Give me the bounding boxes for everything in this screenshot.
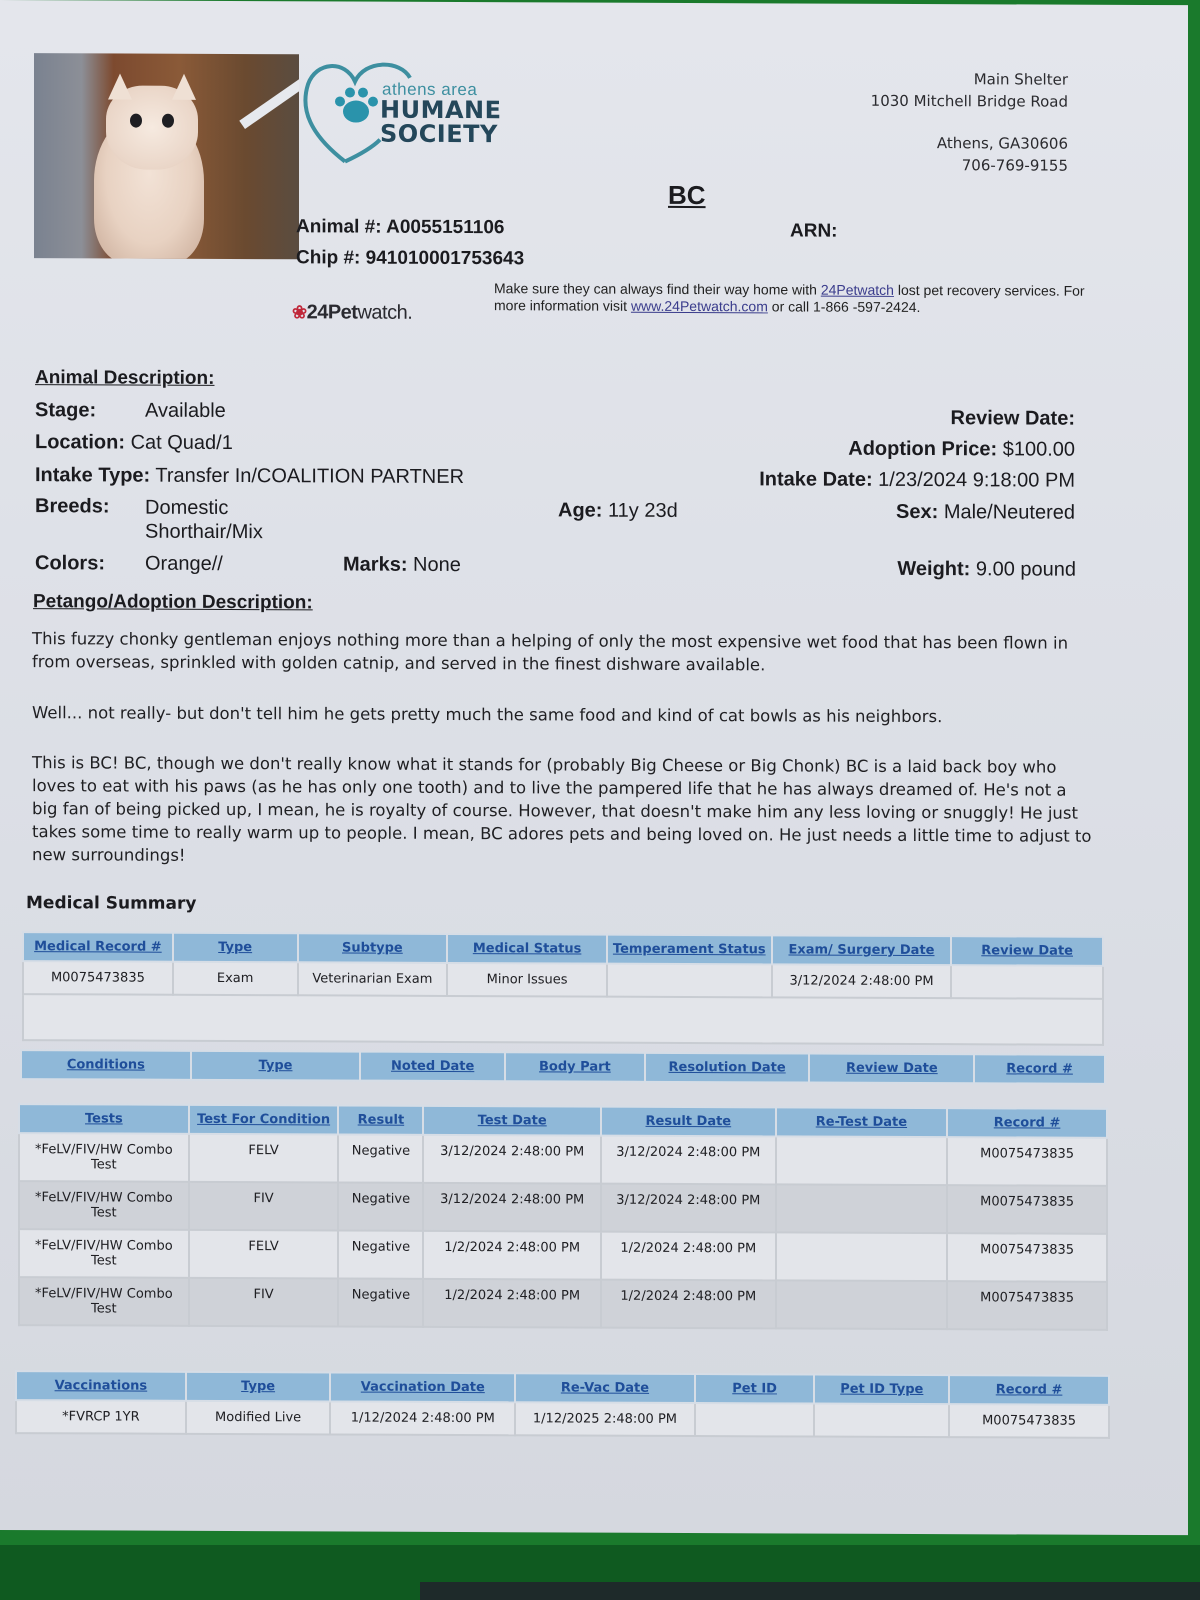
sex-value: Male/Neutered xyxy=(944,501,1075,524)
age-label: Age: xyxy=(558,499,602,521)
age-value: 11y 23d xyxy=(608,500,678,522)
table-cell: *FeLV/FIV/HW Combo Test xyxy=(19,1277,189,1326)
arn-label: ARN: xyxy=(790,220,838,241)
animal-number-value: A0055151106 xyxy=(386,217,504,239)
petwatch-website-link[interactable]: www.24Petwatch.com xyxy=(631,298,768,315)
table-header-row: Medical Record # Type Subtype Medical St… xyxy=(23,932,1103,966)
column-header[interactable]: Review Date xyxy=(809,1054,974,1084)
table-cell: *FeLV/FIV/HW Combo Test xyxy=(19,1181,189,1230)
cat-eye xyxy=(130,114,142,128)
table-row: *FeLV/FIV/HW Combo Test FIV Negative 1/2… xyxy=(19,1277,1107,1330)
table-cell: *FVRCP 1YR xyxy=(16,1400,186,1434)
table-cell: 3/12/2024 2:48:00 PM xyxy=(772,964,952,998)
petwatch-link[interactable]: 24Petwatch xyxy=(821,282,894,298)
cat-ear xyxy=(172,74,196,100)
sex-label: Sex: xyxy=(896,501,938,523)
table-cell: Minor Issues xyxy=(447,963,607,997)
review-date-field: Review Date: xyxy=(951,407,1076,431)
marks-label: Marks: xyxy=(343,553,407,575)
table-cell: 3/12/2024 2:48:00 PM xyxy=(423,1183,601,1232)
table-cell: Exam xyxy=(173,962,298,996)
cat-eye xyxy=(162,114,174,128)
table-cell xyxy=(695,1403,815,1437)
chip-number-label: Chip #: xyxy=(296,247,360,268)
animal-number-field: Animal #: A0055151106 xyxy=(296,216,504,239)
sex-field: Sex: Male/Neutered xyxy=(896,501,1075,525)
table-cell xyxy=(23,994,1103,1045)
column-header[interactable]: Vaccination Date xyxy=(330,1372,515,1402)
table-cell: 1/12/2025 2:48:00 PM xyxy=(515,1402,695,1436)
table-cell: *FeLV/FIV/HW Combo Test xyxy=(19,1229,189,1278)
table-cell: *FeLV/FIV/HW Combo Test xyxy=(19,1133,189,1182)
table-cell: 3/12/2024 2:48:00 PM xyxy=(423,1135,601,1184)
stage-label: Stage: xyxy=(35,399,96,421)
breeds-value-line2: Shorthair/Mix xyxy=(145,520,263,545)
cat-head xyxy=(106,85,198,169)
intake-date-value: 1/23/2024 9:18:00 PM xyxy=(878,469,1075,492)
table-cell: Negative xyxy=(338,1278,423,1326)
table-cell: 1/2/2024 2:48:00 PM xyxy=(423,1231,601,1280)
address-name: Main Shelter xyxy=(871,68,1068,91)
column-header[interactable]: Exam/ Surgery Date xyxy=(772,935,952,965)
column-header[interactable]: Result xyxy=(338,1105,423,1134)
marks-field: Marks: None xyxy=(343,553,461,577)
location-label: Location: xyxy=(35,431,125,453)
animal-name: BC xyxy=(668,180,706,211)
table-cell: M0075473835 xyxy=(947,1137,1107,1186)
address-phone: 706-769-9155 xyxy=(871,154,1068,177)
table-header-row: Tests Test For Condition Result Test Dat… xyxy=(19,1104,1107,1138)
table-cell: Modified Live xyxy=(186,1401,331,1435)
background-shadow xyxy=(420,1582,1200,1600)
medical-summary-title: Medical Summary xyxy=(26,893,196,914)
petwatch-text: or call 1-866 -597-2424. xyxy=(768,298,921,315)
table-cell xyxy=(776,1136,948,1185)
chip-number-value: 941010001753643 xyxy=(366,248,525,270)
table-cell xyxy=(776,1184,948,1233)
column-header[interactable]: Medical Record # xyxy=(23,932,173,962)
arn-field: ARN: xyxy=(790,220,838,242)
petwatch-logo-bold: 24Pet xyxy=(307,301,358,323)
table-row: *FeLV/FIV/HW Combo Test FIV Negative 3/1… xyxy=(19,1181,1107,1234)
column-header[interactable]: Review Date xyxy=(951,936,1103,966)
adoption-paragraph-2: Well... not really- but don't tell him h… xyxy=(32,701,1092,729)
table-cell: 1/2/2024 2:48:00 PM xyxy=(601,1280,776,1329)
column-header[interactable]: Vaccinations xyxy=(16,1371,186,1401)
column-header[interactable]: Conditions xyxy=(21,1050,191,1080)
adoption-record-page: athens area HUMANE SOCIETY Main Shelter … xyxy=(0,0,1188,1535)
petwatch-logo: ❀24Petwatch. xyxy=(292,301,412,325)
table-cell xyxy=(607,964,772,998)
table-cell: M0075473835 xyxy=(947,1233,1107,1282)
location-field: Location: Cat Quad/1 xyxy=(35,431,233,455)
column-header[interactable]: Medical Status xyxy=(447,934,607,964)
table-cell xyxy=(951,965,1103,999)
table-cell: Veterinarian Exam xyxy=(298,962,448,996)
intake-type-label: Intake Type: xyxy=(35,464,150,487)
breeds-label: Breeds: xyxy=(35,495,109,517)
stage-field: Stage: Available xyxy=(35,399,96,422)
table-cell: FIV xyxy=(189,1278,339,1327)
column-header[interactable]: Test Date xyxy=(423,1106,601,1136)
column-header[interactable]: Subtype xyxy=(298,933,448,963)
background-surface xyxy=(0,1545,1200,1600)
table-cell: M0075473835 xyxy=(23,961,173,995)
intake-type-field: Intake Type: Transfer In/COALITION PARTN… xyxy=(35,464,464,489)
adoption-paragraph-1: This fuzzy chonky gentleman enjoys nothi… xyxy=(32,627,1092,678)
weight-value: 9.00 pound xyxy=(976,558,1076,580)
table-cell xyxy=(776,1232,948,1281)
shelter-address: Main Shelter 1030 Mitchell Bridge Road A… xyxy=(871,68,1068,177)
table-row: *FeLV/FIV/HW Combo Test FELV Negative 3/… xyxy=(19,1133,1107,1186)
conditions-table: Conditions Type Noted Date Body Part Res… xyxy=(20,1049,1106,1085)
animal-number-label: Animal #: xyxy=(296,216,382,237)
medical-summary-table: Medical Record # Type Subtype Medical St… xyxy=(22,931,1104,1046)
table-cell: M0075473835 xyxy=(947,1281,1107,1330)
column-header[interactable]: Result Date xyxy=(601,1107,776,1137)
intake-date-field: Intake Date: 1/23/2024 9:18:00 PM xyxy=(759,468,1075,492)
petwatch-text: Make sure they can always find their way… xyxy=(494,280,821,297)
column-header[interactable]: Pet ID Type xyxy=(814,1375,949,1405)
table-header-row: Conditions Type Noted Date Body Part Res… xyxy=(21,1050,1105,1084)
column-header[interactable]: Test For Condition xyxy=(189,1105,339,1135)
table-cell xyxy=(814,1404,949,1438)
petwatch-notice: Make sure they can always find their way… xyxy=(494,280,1094,317)
column-header[interactable]: Record # xyxy=(974,1054,1105,1084)
table-row: M0075473835 Exam Veterinarian Exam Minor… xyxy=(23,961,1103,999)
table-cell: FELV xyxy=(189,1230,339,1279)
adoption-price-field: Adoption Price: $100.00 xyxy=(848,438,1075,462)
adoption-price-label: Adoption Price: xyxy=(848,438,997,461)
table-cell: 1/12/2024 2:48:00 PM xyxy=(330,1401,515,1435)
column-header[interactable]: Record # xyxy=(949,1375,1109,1405)
column-header[interactable]: Type xyxy=(173,933,298,963)
column-header[interactable]: Tests xyxy=(19,1104,189,1134)
cat-ear xyxy=(108,73,132,99)
table-row: *FVRCP 1YR Modified Live 1/12/2024 2:48:… xyxy=(16,1400,1109,1438)
location-value: Cat Quad/1 xyxy=(131,432,233,454)
table-cell xyxy=(776,1280,948,1329)
column-header[interactable]: Type xyxy=(186,1372,331,1402)
table-row: *FeLV/FIV/HW Combo Test FELV Negative 1/… xyxy=(19,1229,1107,1282)
address-city: Athens, GA30606 xyxy=(871,132,1068,155)
column-header[interactable]: Record # xyxy=(947,1108,1107,1138)
table-row-empty xyxy=(23,994,1103,1045)
age-field: Age: 11y 23d xyxy=(558,499,678,523)
table-cell: 3/12/2024 2:48:00 PM xyxy=(601,1184,776,1233)
adoption-price-value: $100.00 xyxy=(1003,438,1075,460)
intake-type-value: Transfer In/COALITION PARTNER xyxy=(155,465,464,488)
table-cell: Negative xyxy=(338,1182,423,1230)
humane-society-logo: athens area HUMANE SOCIETY xyxy=(300,59,510,170)
tests-table: Tests Test For Condition Result Test Dat… xyxy=(18,1103,1108,1331)
column-header[interactable]: Re-Vac Date xyxy=(515,1373,695,1403)
weight-label: Weight: xyxy=(897,558,970,580)
column-header[interactable]: Body Part xyxy=(505,1052,645,1082)
breeds-value-line1: Domestic xyxy=(145,496,263,521)
table-cell: M0075473835 xyxy=(949,1404,1109,1438)
column-header[interactable]: Pet ID xyxy=(695,1374,815,1404)
colors-value: Orange// xyxy=(145,553,223,576)
table-cell: M0075473835 xyxy=(947,1185,1107,1234)
column-header[interactable]: Noted Date xyxy=(360,1052,505,1082)
table-header-row: Vaccinations Type Vaccination Date Re-Va… xyxy=(16,1371,1109,1405)
photo-background-detail xyxy=(239,69,299,129)
paw-icon: ❀ xyxy=(292,302,307,322)
table-cell: FELV xyxy=(189,1134,339,1183)
weight-field: Weight: 9.00 pound xyxy=(897,558,1076,582)
colors-label: Colors: xyxy=(35,552,105,574)
marks-value: None xyxy=(413,554,461,576)
column-header[interactable]: Re-Test Date xyxy=(776,1107,948,1137)
table-cell: Negative xyxy=(338,1134,423,1182)
column-header[interactable]: Temperament Status xyxy=(607,935,772,965)
intake-date-label: Intake Date: xyxy=(759,468,872,490)
column-header[interactable]: Type xyxy=(191,1051,361,1081)
table-cell: FIV xyxy=(189,1182,339,1231)
adoption-paragraph-3: This is BC! BC, though we don't really k… xyxy=(32,751,1092,871)
address-street: 1030 Mitchell Bridge Road xyxy=(871,90,1068,113)
chip-number-field: Chip #: 941010001753643 xyxy=(296,247,524,270)
breeds-field: Breeds: Domestic Shorthair/Mix xyxy=(35,495,109,518)
petwatch-logo-light: watch. xyxy=(357,302,412,324)
table-cell: 1/2/2024 2:48:00 PM xyxy=(423,1279,601,1328)
table-cell: 1/2/2024 2:48:00 PM xyxy=(601,1232,776,1281)
animal-description-title: Animal Description: xyxy=(35,367,214,390)
logo-text-society: SOCIETY xyxy=(380,120,498,149)
vaccinations-table: Vaccinations Type Vaccination Date Re-Va… xyxy=(15,1370,1110,1439)
column-header[interactable]: Resolution Date xyxy=(645,1053,810,1083)
table-cell: Negative xyxy=(338,1230,423,1278)
colors-field: Colors: Orange// xyxy=(35,552,105,575)
stage-value: Available xyxy=(145,400,226,423)
review-date-label: Review Date: xyxy=(951,407,1076,430)
adoption-description-title: Petango/Adoption Description: xyxy=(33,591,313,614)
animal-photo xyxy=(34,53,299,259)
table-cell: 3/12/2024 2:48:00 PM xyxy=(601,1136,776,1185)
